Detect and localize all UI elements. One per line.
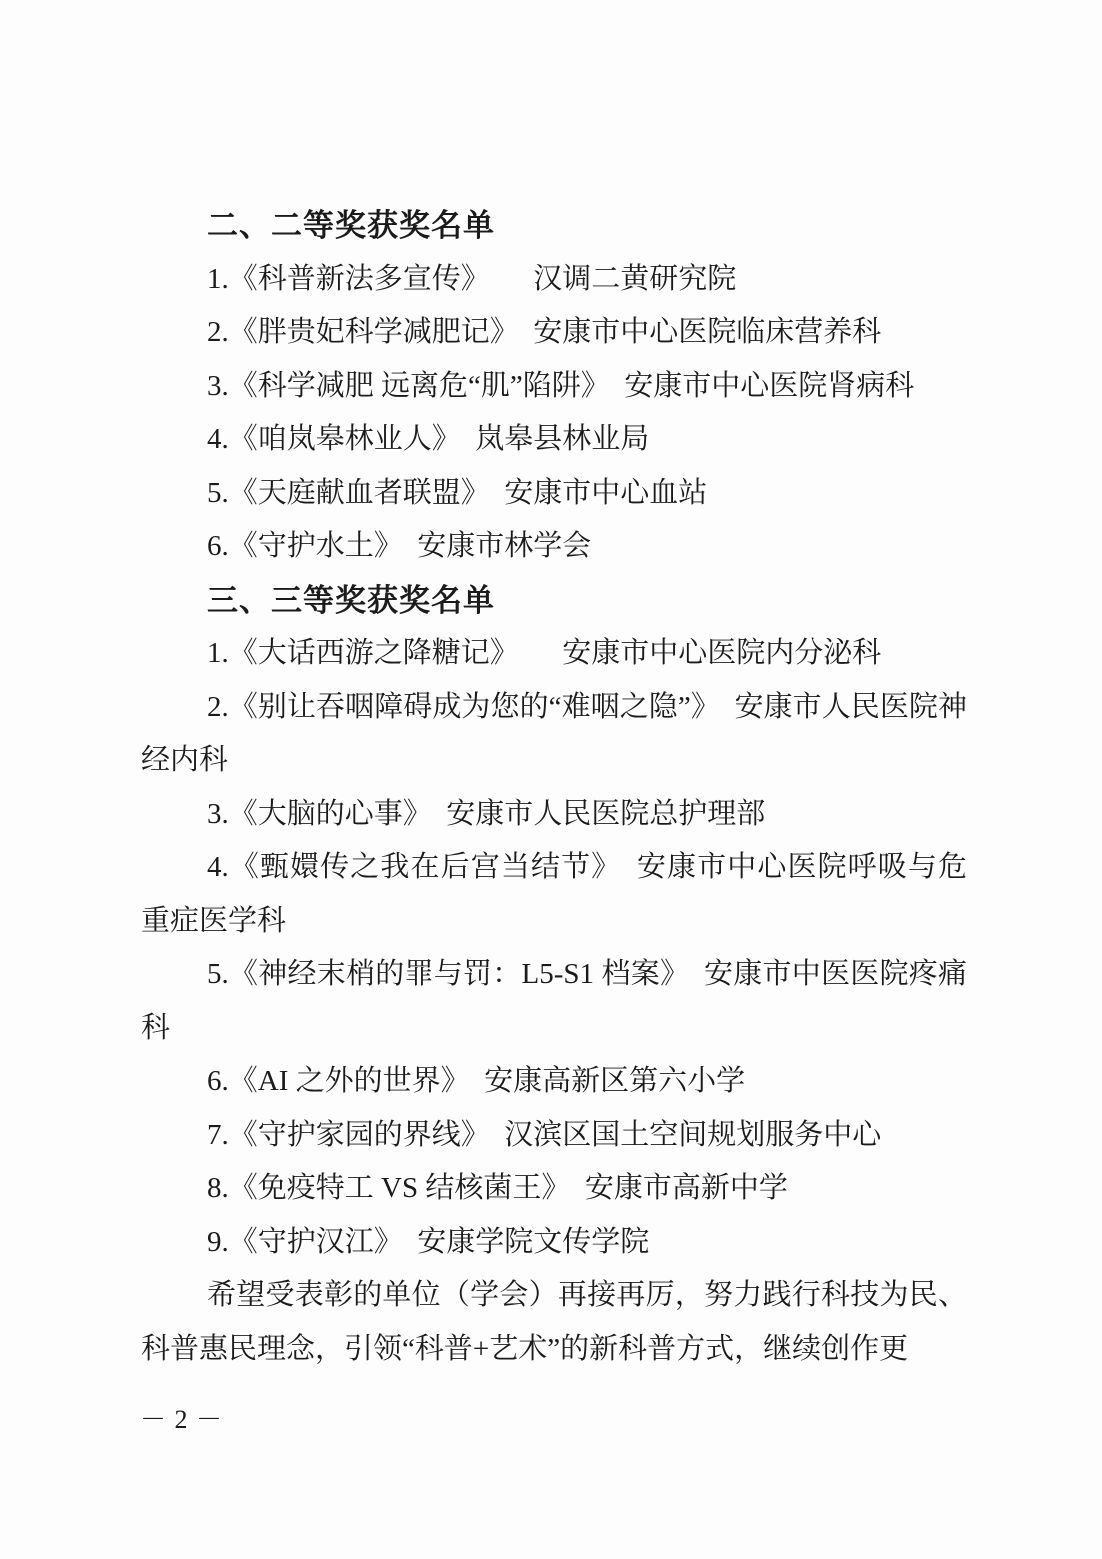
page-number: － 2 － bbox=[140, 1400, 223, 1440]
award-item: 5.《天庭献血者联盟》 安康市中心血站 bbox=[141, 467, 967, 521]
award-item: 3.《科学减肥 远离危“肌”陷阱》 安康市中心医院肾病科 bbox=[141, 360, 967, 414]
closing-paragraph: 希望受表彰的单位（学会）再接再厉，努力践行科技为民、科普惠民理念，引领“科普+艺… bbox=[141, 1269, 967, 1376]
document-page: 二、二等奖获奖名单 1.《科普新法多宣传》 汉调二黄研究院 2.《胖贵妃科学减肥… bbox=[141, 199, 967, 1376]
section-heading-second-prize: 二、二等奖获奖名单 bbox=[141, 199, 967, 253]
award-item: 1.《科普新法多宣传》 汉调二黄研究院 bbox=[141, 253, 967, 307]
award-item: 4.《甄嬛传之我在后宫当结节》 安康市中心医院呼吸与危重症医学科 bbox=[141, 841, 967, 948]
award-item: 2.《别让吞咽障碍成为您的“难咽之隐”》 安康市人民医院神经内科 bbox=[141, 681, 967, 788]
section-heading-third-prize: 三、三等奖获奖名单 bbox=[141, 574, 967, 628]
award-item: 6.《AI 之外的世界》 安康高新区第六小学 bbox=[141, 1055, 967, 1109]
award-item: 7.《守护家园的界线》 汉滨区国土空间规划服务中心 bbox=[141, 1109, 967, 1163]
award-item: 5.《神经末梢的罪与罚：L5-S1 档案》 安康市中医医院疼痛科 bbox=[141, 948, 967, 1055]
award-item: 6.《守护水土》 安康市林学会 bbox=[141, 520, 967, 574]
award-item: 8.《免疫特工 VS 结核菌王》 安康市高新中学 bbox=[141, 1162, 967, 1216]
award-item: 3.《大脑的心事》 安康市人民医院总护理部 bbox=[141, 788, 967, 842]
award-item: 1.《大话西游之降糖记》 安康市中心医院内分泌科 bbox=[141, 627, 967, 681]
award-item: 2.《胖贵妃科学减肥记》 安康市中心医院临床营养科 bbox=[141, 306, 967, 360]
award-item: 9.《守护汉江》 安康学院文传学院 bbox=[141, 1216, 967, 1270]
award-item: 4.《咱岚皋林业人》 岚皋县林业局 bbox=[141, 413, 967, 467]
